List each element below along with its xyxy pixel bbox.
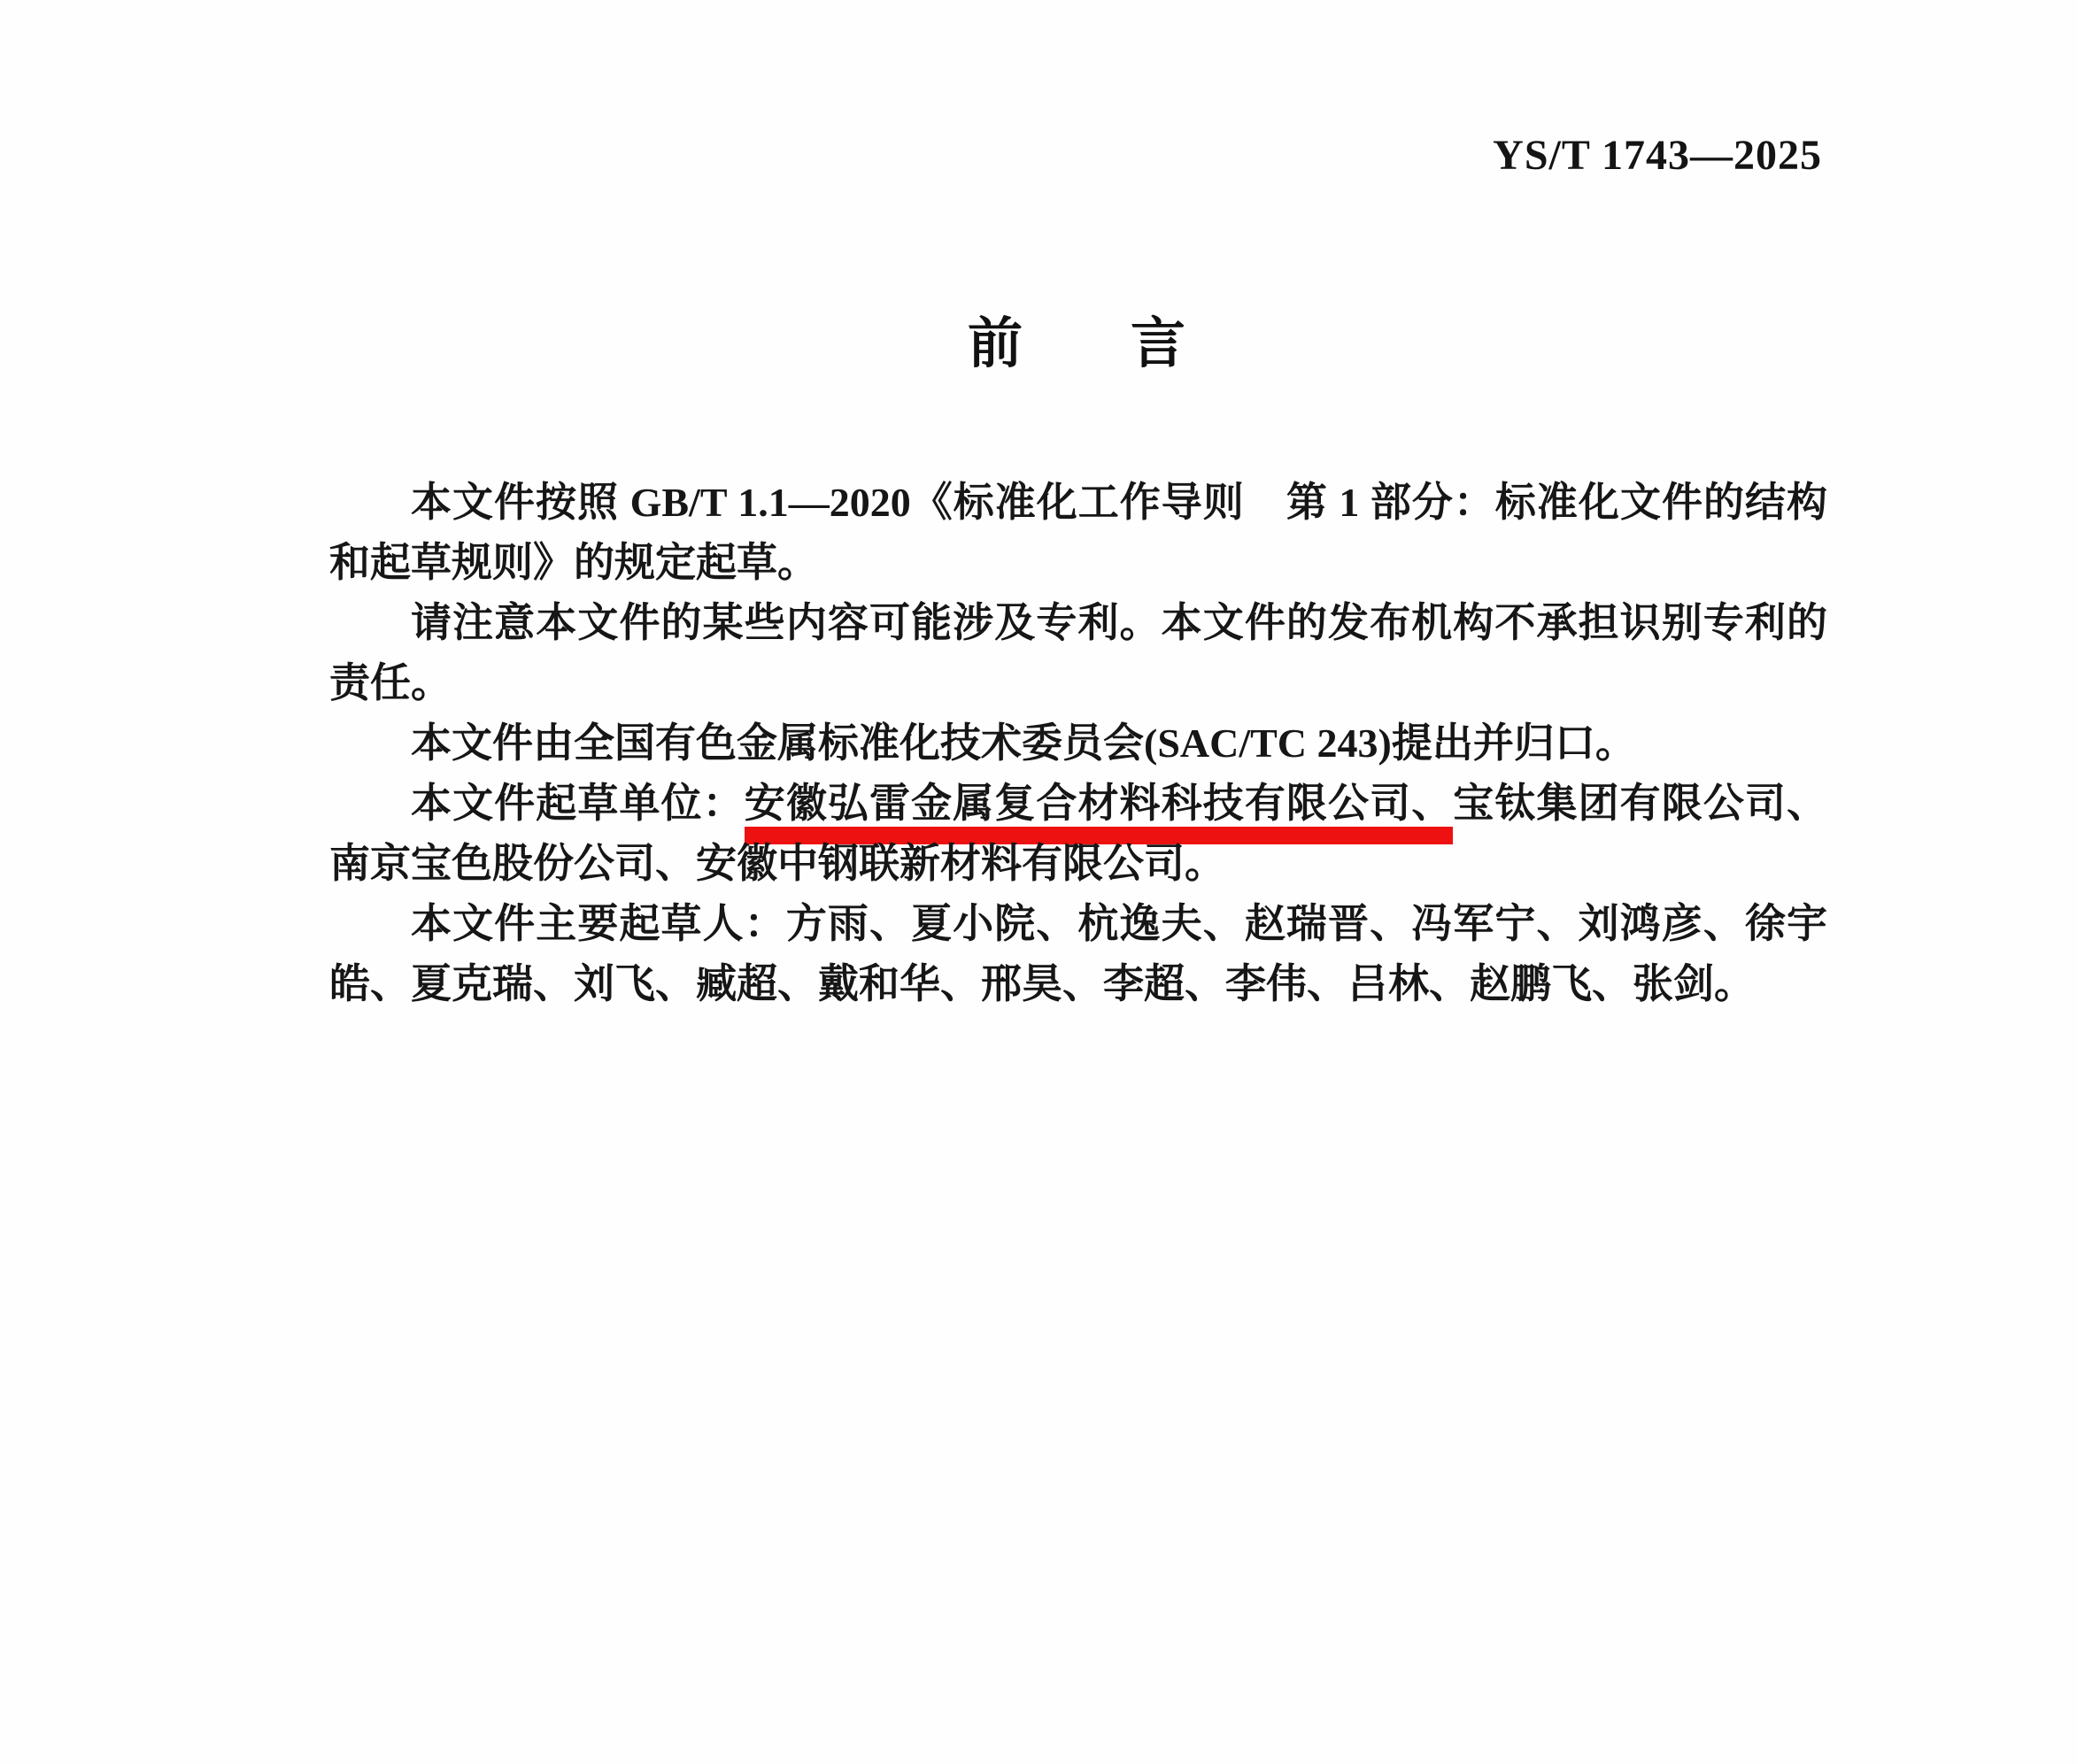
title-char-yan: 言 — [1131, 313, 1185, 374]
paragraph-drafters: 本文件主要起草人：方雨、夏小院、杭逸夫、赵瑞晋、冯军宁、刘鸿彦、徐宇皓、夏克瑞、… — [329, 894, 1827, 1014]
title-char-qian: 前 — [968, 313, 1023, 374]
highlighted-company-red-underline: 安徽弘雷金属复合材料科技有限公司、 — [745, 781, 1454, 844]
drafting-organizations-prefix: 本文件起草单位： — [411, 781, 745, 826]
foreword-body: 本文件按照 GB/T 1.1—2020《标准化工作导则 第 1 部分：标准化文件… — [329, 473, 1827, 1014]
paragraph-drafting-rules: 本文件按照 GB/T 1.1—2020《标准化工作导则 第 1 部分：标准化文件… — [329, 473, 1827, 593]
page-title: 前言 — [328, 299, 1826, 378]
paragraph-committee: 本文件由全国有色金属标准化技术委员会(SAC/TC 243)提出并归口。 — [329, 713, 1827, 774]
paragraph-drafting-organizations: 本文件起草单位：安徽弘雷金属复合材料科技有限公司、宝钛集团有限公司、南京宝色股份… — [329, 774, 1827, 894]
document-page: YS/T 1743—2025 前言 本文件按照 GB/T 1.1—2020《标准… — [0, 0, 2077, 1764]
paragraph-patent-notice: 请注意本文件的某些内容可能涉及专利。本文件的发布机构不承担识别专利的责任。 — [329, 593, 1827, 713]
standard-number: YS/T 1743—2025 — [1493, 131, 1822, 180]
